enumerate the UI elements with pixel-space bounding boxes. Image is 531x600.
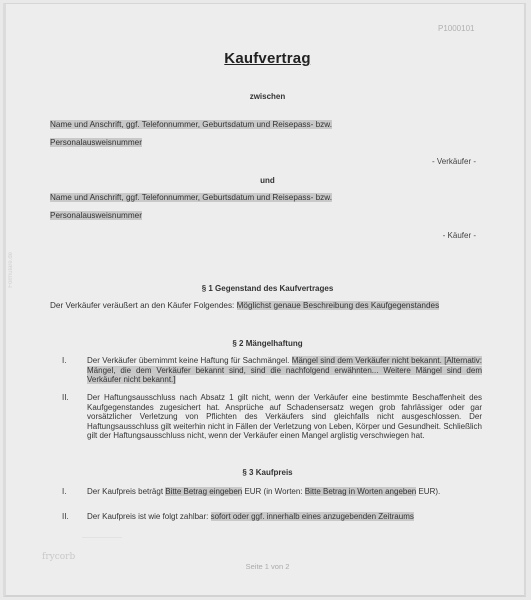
between-label: zwischen (6, 92, 529, 101)
item-text-b: EUR (in Worten: (242, 487, 305, 496)
section2-item-1: I. Der Verkäufer übernimmt keine Haftung… (50, 356, 482, 388)
section1-text-static: Der Verkäufer veräußert an den Käufer Fo… (50, 301, 237, 310)
bottom-watermark: frycorb (42, 552, 75, 562)
price-words-placeholder[interactable]: Bitte Betrag in Worten angeben (305, 487, 416, 496)
document-id: P1000101 (438, 24, 474, 33)
and-label: und (6, 176, 529, 185)
page-number-footer: Seite 1 von 2 (6, 562, 529, 571)
seller-placeholder-line1[interactable]: Name und Anschrift, ggf. Telefonnummer, … (50, 120, 332, 129)
section3-item-1: I. Der Kaufpreis beträgt Bitte Betrag ei… (50, 487, 482, 509)
item-text-c: EUR). (416, 487, 440, 496)
item-text: Der Verkäufer übernimmt keine Haftung fü… (87, 356, 292, 365)
buyer-placeholder[interactable]: Name und Anschrift, ggf. Telefonnummer, … (50, 189, 482, 225)
document-page: P1000101 Kaufvertrag zwischen Name und A… (3, 3, 526, 597)
item-text: Der Haftungsausschluss nach Absatz 1 gil… (87, 393, 482, 441)
item-number: II. (62, 393, 69, 403)
document-title: Kaufvertrag (6, 50, 529, 67)
item-number: I. (62, 487, 66, 497)
item-number: I. (62, 356, 66, 366)
section1-text: Der Verkäufer veräußert an den Käufer Fo… (50, 301, 440, 311)
section3-item-2: II. Der Kaufpreis ist wie folgt zahlbar:… (50, 512, 482, 534)
price-placeholder[interactable]: Bitte Betrag eingeben (165, 487, 242, 496)
buyer-role-label: - Käufer - (443, 231, 476, 240)
buyer-placeholder-line2[interactable]: Personalausweisnummer (50, 211, 142, 220)
section3-heading: § 3 Kaufpreis (6, 468, 529, 477)
item-number: II. (62, 512, 69, 522)
seller-role-label: - Verkäufer - (432, 157, 476, 166)
buyer-placeholder-line1[interactable]: Name und Anschrift, ggf. Telefonnummer, … (50, 193, 332, 202)
section2-heading: § 2 Mängelhaftung (6, 339, 529, 348)
item-text-a: Der Kaufpreis beträgt (87, 487, 165, 496)
divider (82, 537, 122, 538)
section2-item-2: II. Der Haftungsausschluss nach Absatz 1… (50, 393, 482, 457)
section1-placeholder[interactable]: Möglichst genaue Beschreibung des Kaufge… (237, 301, 440, 310)
seller-placeholder-line2[interactable]: Personalausweisnummer (50, 138, 142, 147)
side-watermark: Formulare.de (8, 252, 14, 288)
seller-placeholder[interactable]: Name und Anschrift, ggf. Telefonnummer, … (50, 116, 482, 152)
section1-heading: § 1 Gegenstand des Kaufvertrages (6, 284, 529, 293)
payment-terms-placeholder[interactable]: sofort oder ggf. innerhalb eines anzugeb… (211, 512, 414, 521)
item-text-a: Der Kaufpreis ist wie folgt zahlbar: (87, 512, 211, 521)
